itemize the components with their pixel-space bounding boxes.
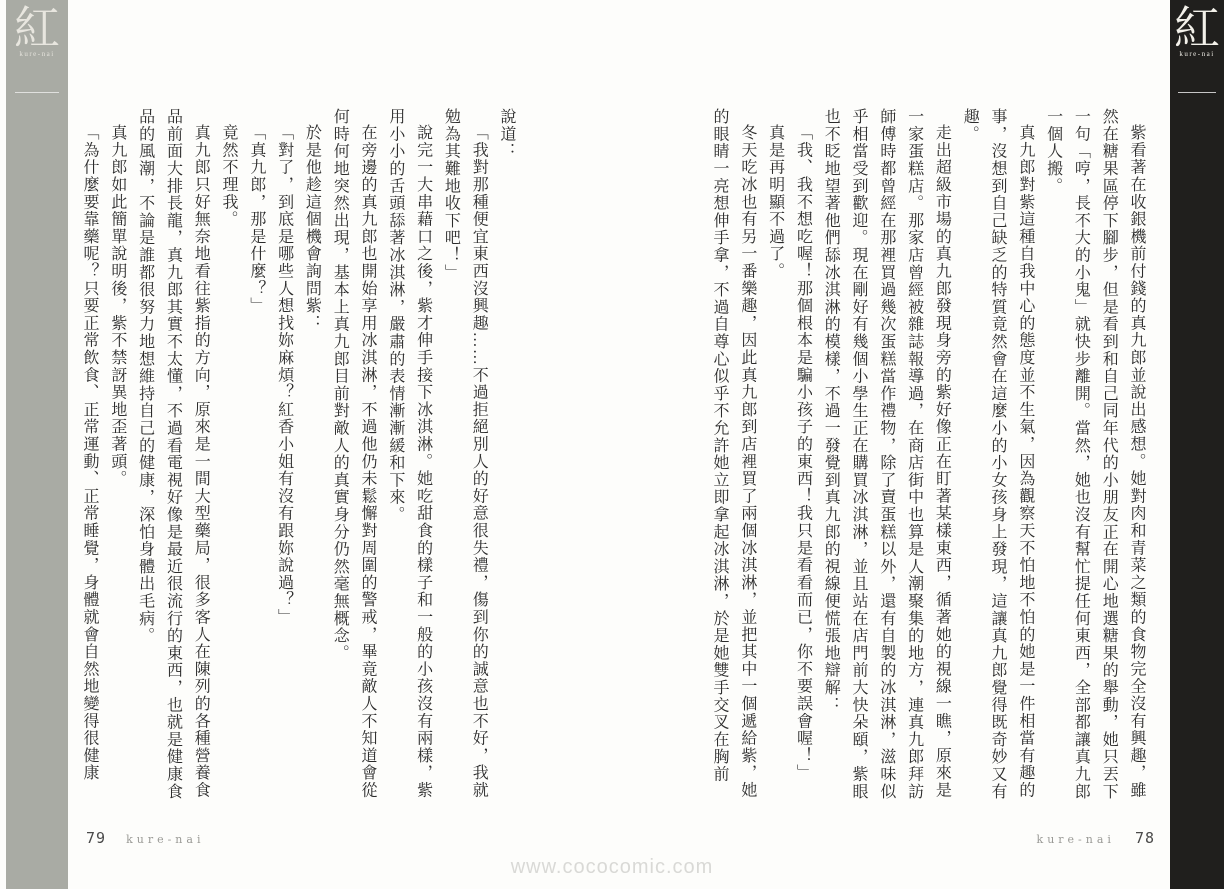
page-79-footer: 79 kure-nai [86,829,204,848]
paragraph: 於是他趁這個機會詢問紫： [298,108,326,804]
logo-kanji: 紅 [1170,5,1224,53]
paragraph: 「我、我不想吃喔！那個根本是騙小孩子的東西！我只是看看而已，你不要誤會喔！」 [789,108,817,804]
book-spread: 紅 kure-nai 紅 kure-nai 紫看著在收銀機前付錢的真九郎並說出感… [0,0,1224,889]
logo-kanji: 紅 [6,5,68,53]
watermark: www.cococomic.com [511,856,714,879]
paragraph: 在旁邊的真九郎也開始享用冰淇淋，不過他仍未鬆懈對周圍的警戒，畢竟敵人不知道會從何… [325,108,381,804]
left-edge-band: 紅 kure-nai [6,0,68,889]
paragraph: 真九郎對紫這種自我中心的態度並不生氣，因為觀察天不怕地不怕的她是一件相當有趣的事… [955,108,1038,804]
paragraph: 「為什麼要靠藥呢？只要正常飲食、正常運動、正常睡覺，身體就會自然地變得很健康 [80,108,103,804]
page-78-footer: kure-nai 78 [1037,829,1155,848]
paragraph: 竟然不理我。 [214,108,242,804]
page-number: 78 [1135,829,1155,847]
kurenai-logo-left: 紅 kure-nai [6,0,68,93]
right-edge-band: 紅 kure-nai [1170,0,1224,889]
page-number: 79 [86,829,106,847]
paragraph: 真九郎如此簡單說明後，紫不禁訝異地歪著頭。 [103,108,131,804]
running-title: kure-nai [126,833,204,846]
paragraph: 說道： [492,108,520,804]
page-78-body-text: 紫看著在收銀機前付錢的真九郎並說出感想。她對肉和青菜之類的食物完全沒有興趣，雖然… [710,108,1150,804]
paragraph: 冬天吃冰也有另一番樂趣，因此真九郎到店裡買了兩個冰淇淋，並把其中一個遞給紫，她的… [710,108,761,804]
paragraph: 走出超級市場的真九郎發現身旁的紫好像正在盯著某樣東西，循著她的視線一瞧，原來是一… [816,108,955,804]
paragraph: 真九郎只好無奈地看往紫指的方向，原來是一間大型藥局，很多客人在陳列的各種營養食品… [131,108,214,804]
paragraph: 說完一大串藉口之後，紫才伸手接下冰淇淋。她吃甜食的樣子和一般的小孩沒有兩樣，紫用… [381,108,437,804]
running-title: kure-nai [1037,833,1115,846]
paragraph: 「我對那種便宜東西沒興趣……不過拒絕別人的好意很失禮，傷到你的誠意也不好，我就勉… [437,108,493,804]
kurenai-logo-right: 紅 kure-nai [1170,0,1224,93]
paragraph: 紫看著在收銀機前付錢的真九郎並說出感想。她對肉和青菜之類的食物完全沒有興趣，雖然… [1039,108,1150,804]
logo-divider [1178,92,1217,93]
page-79-body-text: 說道：「我對那種便宜東西沒興趣……不過拒絕別人的好意很失禮，傷到你的誠意也不好，… [80,108,520,804]
paragraph: 「真九郎，那是什麼？」 [242,108,270,804]
logo-divider [15,92,60,93]
paragraph: 「對了，到底是哪些人想找妳麻煩？紅香小姐有沒有跟妳說過？」 [270,108,298,804]
paragraph: 真是再明顯不過了。 [761,108,789,804]
